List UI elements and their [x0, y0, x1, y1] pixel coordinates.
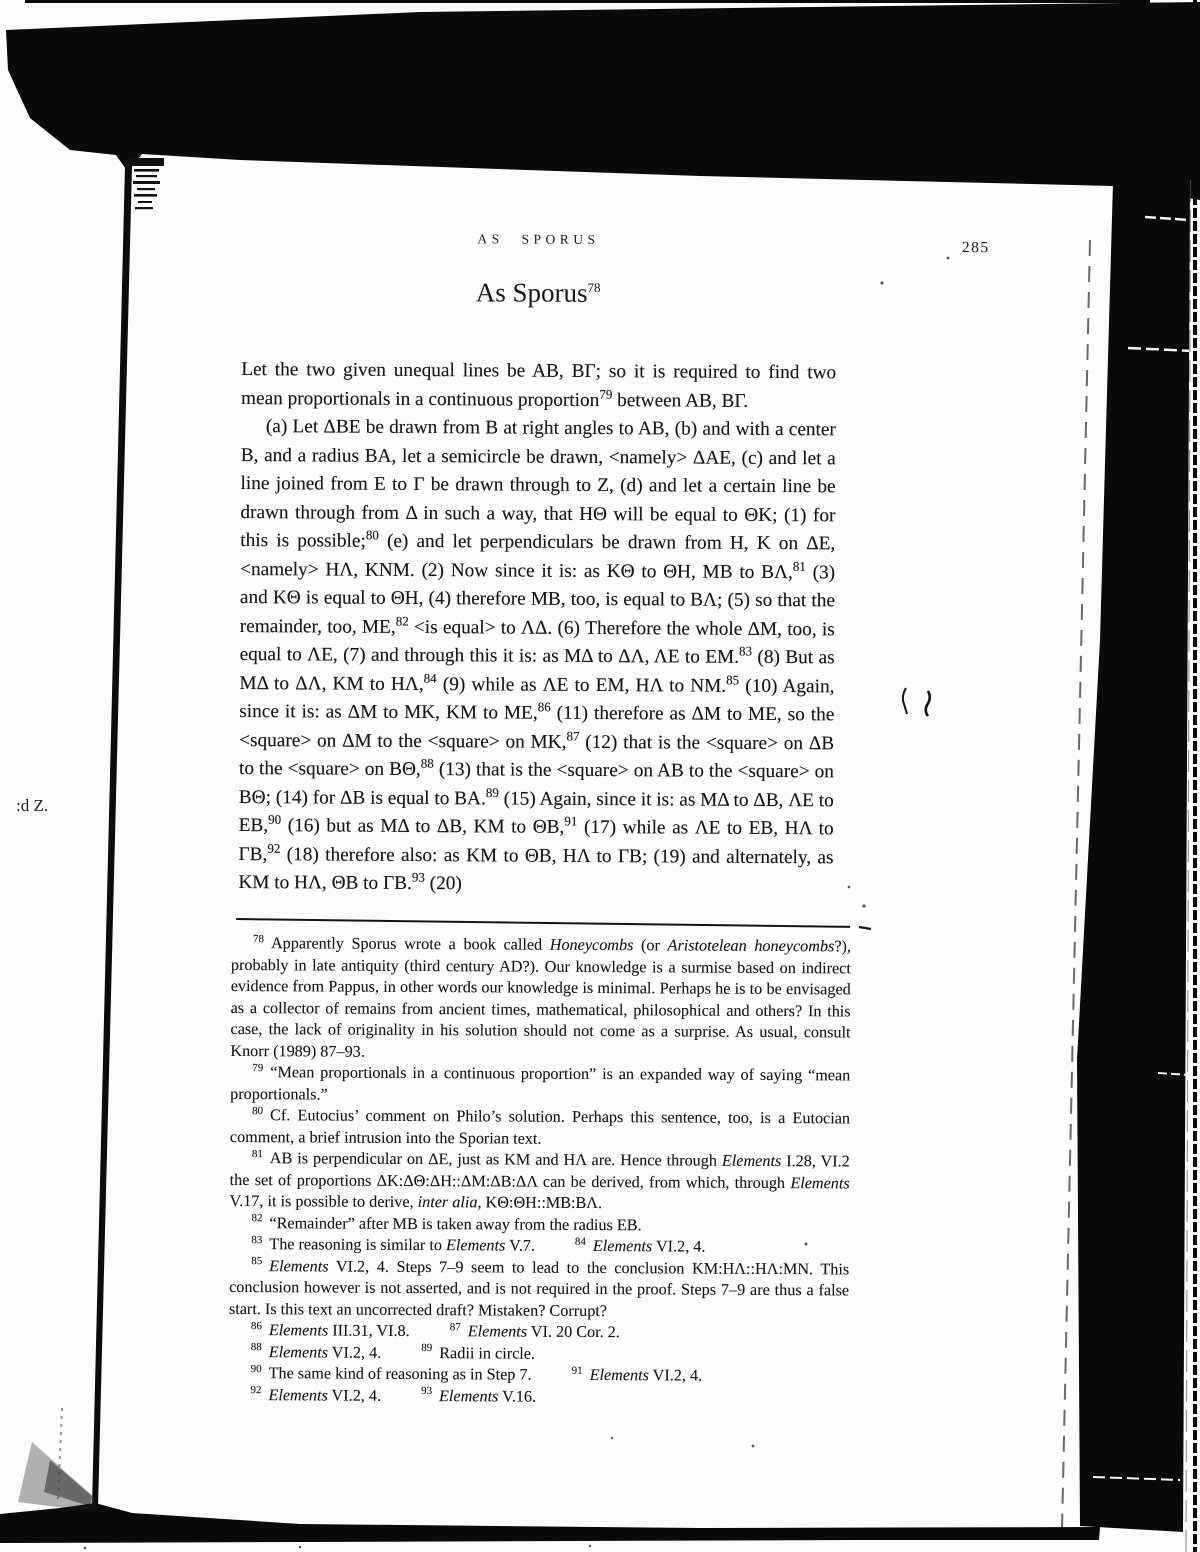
footnote-ref: 79 [599, 386, 612, 401]
text-run: (20) [425, 873, 462, 894]
text-run: VI.2, 4. [649, 1366, 702, 1384]
text-run: Elements [269, 1343, 328, 1361]
footnote-number: 89 [421, 1342, 432, 1354]
scanned-book-page: :d Z. AS SPORUS 285 As Sporus78 Let the … [0, 0, 1200, 1552]
running-head: AS SPORUS [240, 230, 837, 249]
footnote: 79“Mean proportionals in a continuous pr… [230, 1062, 850, 1108]
text-run: Elements [468, 1322, 527, 1340]
text-run: (or [633, 936, 667, 954]
footnote-number: 81 [252, 1148, 263, 1160]
footnote-number: 85 [251, 1255, 262, 1267]
text-run: Honeycombs [550, 936, 634, 954]
footnote-number: 90 [251, 1363, 262, 1375]
footnote-number: 92 [250, 1384, 261, 1396]
body-paragraph: Let the two given unequal lines be AB, B… [241, 356, 836, 416]
footnote-number: 87 [450, 1321, 461, 1333]
body-text: Let the two given unequal lines be AB, B… [238, 356, 836, 901]
rule-end-dash [859, 927, 871, 929]
text-run: between AB, BΓ. [612, 390, 748, 412]
title-footnote-ref: 78 [588, 280, 601, 295]
bottom-scanner-band [0, 1503, 1100, 1543]
footnote-number: 82 [251, 1212, 262, 1224]
footnote-ref: 93 [412, 870, 425, 885]
text-run: Elements [269, 1321, 328, 1339]
text-run: AB is perpendicular on ΔE, just as KM an… [270, 1149, 722, 1170]
text-run: The same kind of reasoning as in Step 7. [269, 1364, 532, 1383]
footnote-number: 83 [251, 1234, 262, 1246]
text-run: Elements [722, 1152, 781, 1170]
top-scanner-band [6, 2, 1200, 200]
text-run: Elements [269, 1257, 328, 1275]
text-run: ?), probably in late antiquity (third ce… [230, 937, 851, 1060]
footnote: 90The same kind of reasoning as in Step … [229, 1363, 849, 1388]
ink-squiggle-marks [903, 688, 930, 716]
text-run: Elements [268, 1386, 327, 1404]
text-run: Elements [590, 1366, 649, 1384]
text-run: III.31, VI.8. [328, 1322, 410, 1340]
spine-gutter-line [92, 165, 132, 1508]
text-run: V.7. [505, 1236, 535, 1254]
page-number: 285 [962, 239, 990, 257]
footnote: 78Apparently Sporus wrote a book called … [230, 933, 851, 1065]
footnote-number: 86 [251, 1320, 262, 1332]
footnote-ref: 91 [564, 813, 577, 828]
page-content: AS SPORUS 285 As Sporus78 Let the two gi… [233, 230, 837, 1433]
footnote: 83The reasoning is similar to Elements V… [229, 1234, 849, 1259]
footnote-number: 93 [421, 1385, 432, 1397]
text-run: Elements [790, 1174, 849, 1192]
text-run: VI. 20 Cor. 2. [527, 1323, 620, 1342]
footnote-ref: 92 [267, 840, 280, 855]
footnote-ref: 85 [726, 672, 739, 687]
body-paragraph: (a) Let ΔBE be drawn from B at right ang… [238, 413, 836, 901]
footnote-ref: 86 [538, 699, 551, 714]
footnote-ref: 90 [268, 812, 281, 827]
footnote-ref: 84 [424, 670, 437, 685]
text-run: “Mean proportionals in a continuous prop… [230, 1063, 850, 1103]
text-run: Apparently Sporus wrote a book called [271, 934, 550, 954]
text-run: V.16. [498, 1387, 536, 1405]
footnote-number: 79 [252, 1062, 263, 1074]
footnote-ref: 81 [793, 558, 806, 573]
footnote-number: 88 [251, 1341, 262, 1353]
footnote: 81AB is perpendicular on ΔE, just as KM … [230, 1148, 850, 1216]
footnote-ref: 83 [739, 643, 752, 658]
top-edge-line [25, 0, 1150, 3]
page-title: As Sporus78 [240, 276, 837, 310]
footnote-number: 91 [572, 1364, 583, 1376]
text-run: The reasoning is similar to [269, 1235, 446, 1254]
text-run: (18) therefore also: as KM to ΘB, HΛ to … [238, 844, 833, 894]
footnotes-block: 78Apparently Sporus wrote a book called … [228, 933, 851, 1409]
text-run: VI.2, 4. [328, 1386, 381, 1404]
text-run: Elements [446, 1236, 505, 1254]
footnote: 86Elements III.31, VI.8.87Elements VI. 2… [229, 1320, 849, 1345]
footnote-rule [236, 918, 850, 928]
margin-note-bleedthrough: :d Z. [16, 796, 48, 816]
text-run: Aristotelean honeycombs [668, 936, 835, 955]
text-run: (9) while as ΛE to EM, HΛ to NM. [437, 674, 727, 697]
footnote-ref: 87 [566, 728, 579, 743]
footnote-ref: 80 [366, 527, 379, 542]
text-run: VI.2, 4. [328, 1343, 381, 1361]
text-run: Elements [593, 1237, 652, 1255]
text-run: Elements [439, 1387, 498, 1405]
text-run: (16) but as MΔ to ΔB, KM to ΘB, [281, 815, 564, 838]
right-scanner-band [1077, 182, 1190, 1532]
footnote-ref: 88 [421, 756, 434, 771]
text-run: Radii in circle. [439, 1344, 535, 1363]
text-run: , KΘ:ΘH::MB:BΛ. [477, 1193, 602, 1212]
gutter-smudge-top [128, 158, 164, 209]
footnote-ref: 82 [396, 613, 409, 628]
text-run: inter alia [418, 1193, 478, 1211]
text-run: Cf. Eutocius’ comment on Philo’s solutio… [230, 1106, 850, 1147]
footnote: 92Elements VI.2, 4.93Elements V.16. [228, 1384, 848, 1409]
footnote: 85Elements VI.2, 4. Steps 7–9 seem to le… [229, 1255, 849, 1323]
text-run: V.17, it is possible to derive, [230, 1192, 418, 1211]
footnote-number: 80 [252, 1105, 263, 1117]
footnote-number: 84 [575, 1235, 586, 1247]
page-title-text: As Sporus [476, 277, 588, 308]
footnote-ref: 89 [486, 784, 499, 799]
text-run: “Remainder” after MB is taken away from … [269, 1214, 641, 1234]
footnote-number: 78 [253, 933, 264, 945]
footnote: 80Cf. Eutocius’ comment on Philo’s solut… [230, 1105, 850, 1151]
text-run: VI.2, 4. [652, 1237, 705, 1255]
